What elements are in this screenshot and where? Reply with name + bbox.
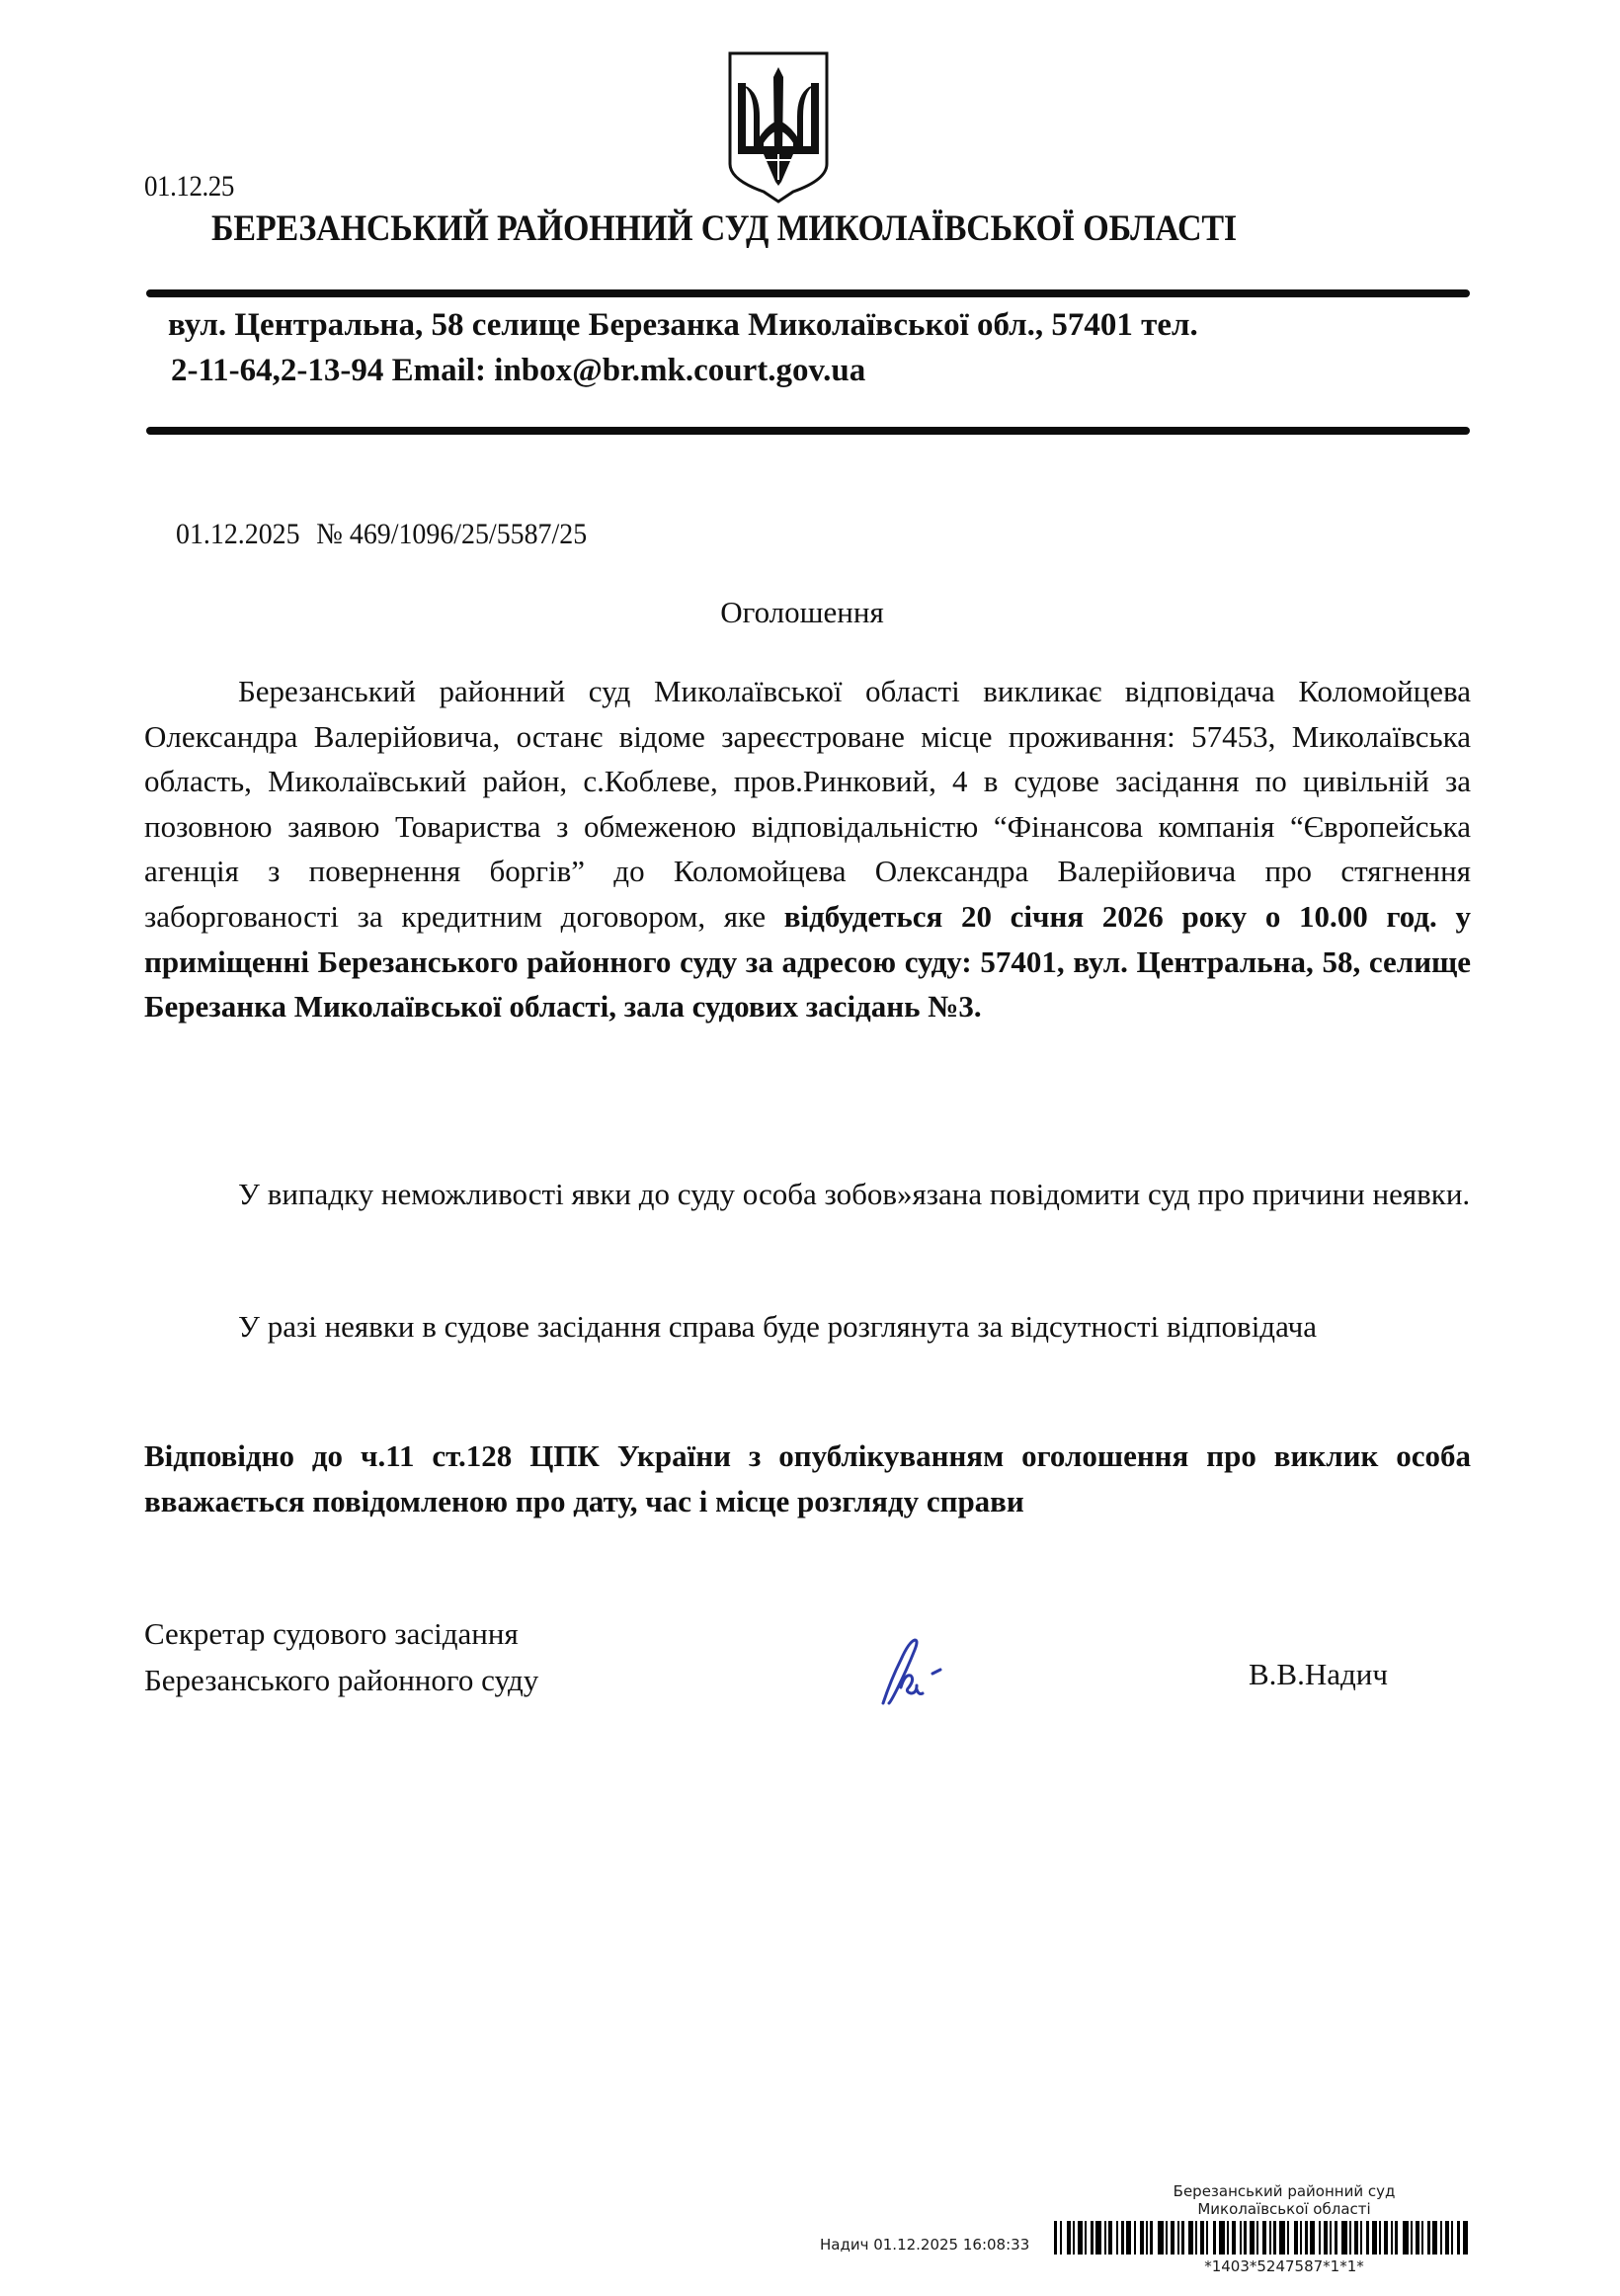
signer-name: В.В.Надич xyxy=(1249,1657,1388,1692)
stamp-meta: Надич 01.12.2025 16:08:33 xyxy=(820,2236,1029,2254)
main-paragraph-regular: Березанський районний суд Миколаївської … xyxy=(144,674,1471,934)
barcode-text: *1403*5247587*1*1* xyxy=(1166,2257,1403,2275)
absence-paragraph: У випадку неможливості явки до суду особ… xyxy=(144,1172,1471,1217)
stamp-court-name: Березанський районний суд Миколаївської … xyxy=(1166,2182,1403,2218)
registration-line: 01.12.2025№ 469/1096/25/5587/25 xyxy=(176,518,587,551)
announcement-title: Оголошення xyxy=(0,595,1612,630)
signature-position-line-1: Секретар судового засідання xyxy=(144,1610,538,1657)
handwritten-signature-icon xyxy=(871,1630,950,1709)
header-rule-top xyxy=(146,289,1470,297)
header-rule-bottom xyxy=(146,427,1470,435)
main-paragraph: Березанський районний суд Миколаївської … xyxy=(144,669,1471,1029)
barcode-icon xyxy=(1054,2221,1536,2255)
legal-paragraph: Відповідно до ч.11 ст.128 ЦПК України з … xyxy=(144,1434,1471,1523)
court-title: БЕРЕЗАНСЬКИЙ РАЙОННИЙ СУД МИКОЛАЇВСЬКОЇ … xyxy=(211,207,1237,250)
address-line-2: 2-11-64,2-13-94 Email: inbox@br.mk.court… xyxy=(171,348,1198,393)
ukraine-trident-icon xyxy=(724,47,833,205)
address-line-1: вул. Центральна, 58 селище Березанка Мик… xyxy=(168,302,1198,348)
absent-case-paragraph: У разі неявки в судове засідання справа … xyxy=(144,1304,1471,1350)
legal-paragraph-text: Відповідно до ч.11 ст.128 ЦПК України з … xyxy=(144,1434,1471,1523)
registration-number: № 469/1096/25/5587/25 xyxy=(316,518,587,550)
stamp-court-line-2: Миколаївської області xyxy=(1166,2200,1403,2218)
registration-date: 01.12.2025 xyxy=(176,518,300,550)
short-date: 01.12.25 xyxy=(144,170,234,204)
court-address: вул. Центральна, 58 селище Березанка Мик… xyxy=(168,302,1198,393)
stamp-court-line-1: Березанський районний суд xyxy=(1166,2182,1403,2200)
absence-paragraph-text: У випадку неможливості явки до суду особ… xyxy=(144,1172,1471,1217)
absent-case-paragraph-text: У разі неявки в судове засідання справа … xyxy=(144,1304,1471,1350)
signature-position: Секретар судового засідання Березанськог… xyxy=(144,1610,538,1703)
signature-position-line-2: Березанського районного суду xyxy=(144,1657,538,1703)
